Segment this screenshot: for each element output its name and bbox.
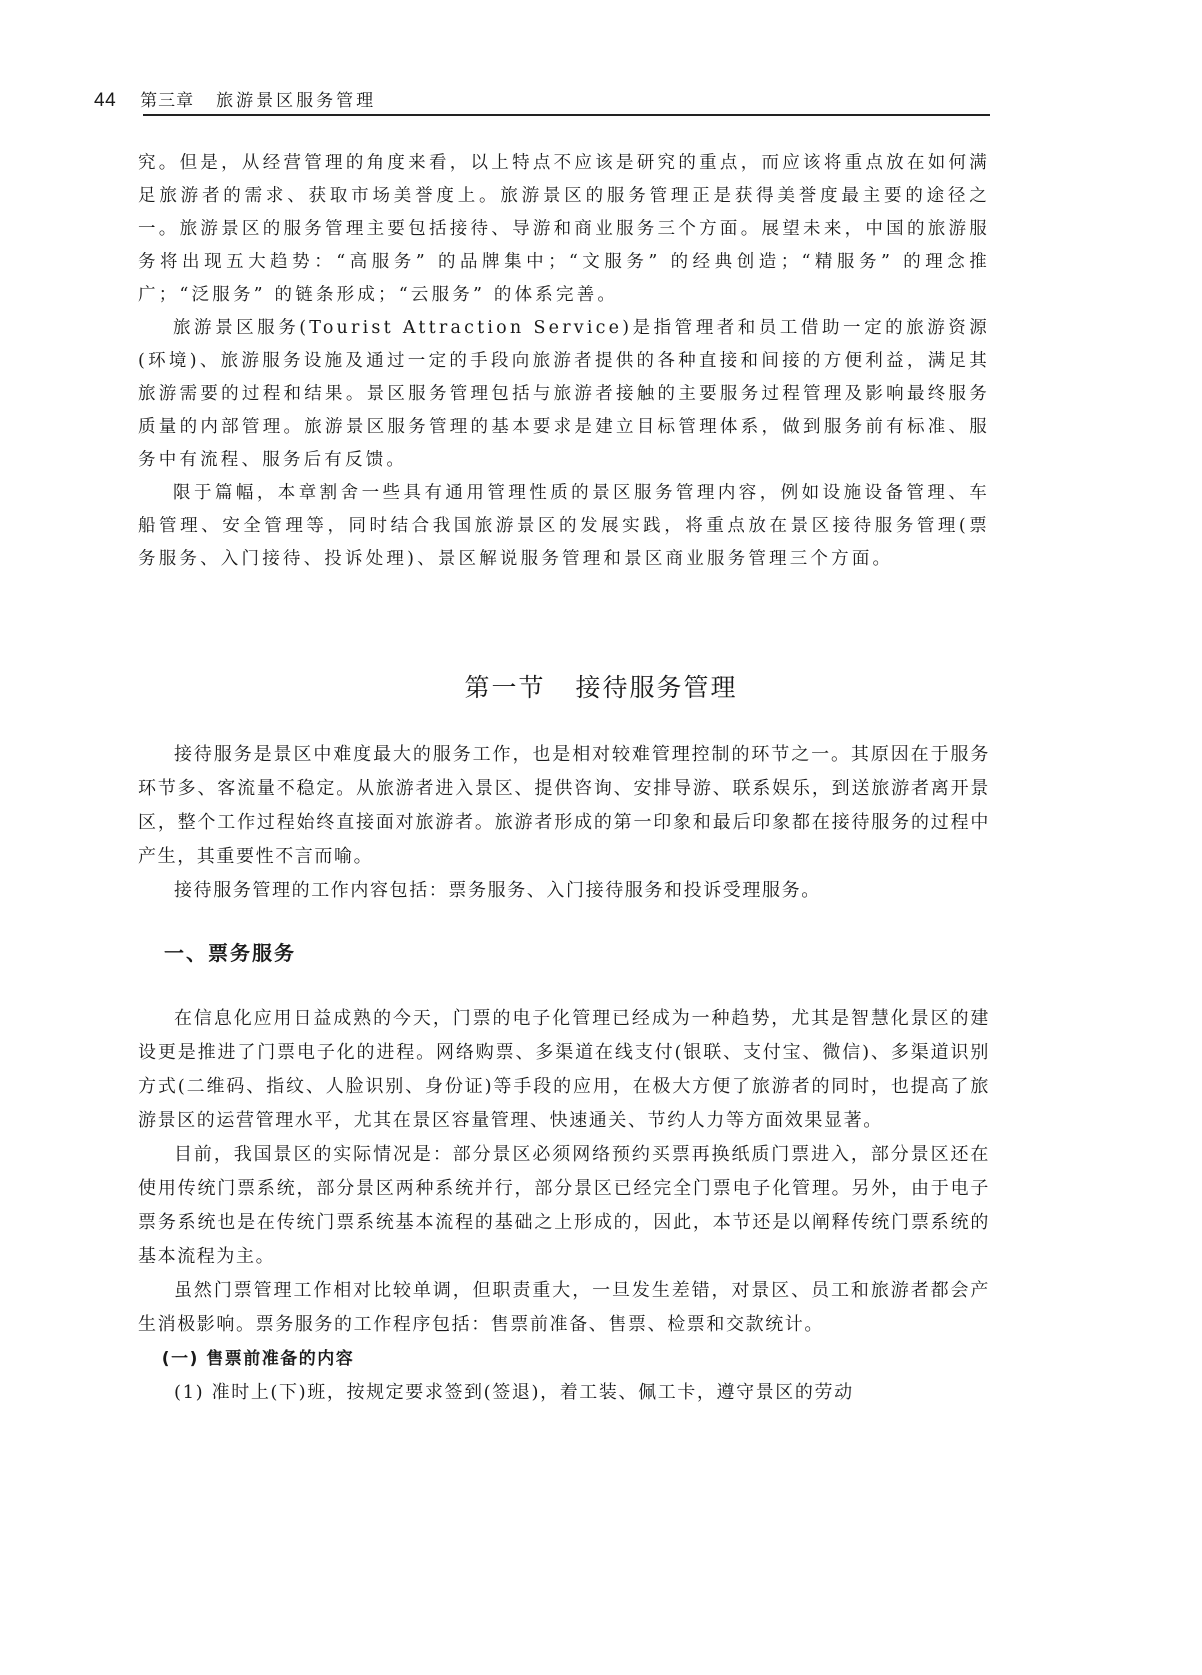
section-paragraph: 接待服务管理的工作内容包括：票务服务、入门接待服务和投诉受理服务。 xyxy=(138,874,990,908)
section-title: 接待服务管理 xyxy=(576,673,738,702)
running-header: 44 第三章 旅游景区服务管理 xyxy=(94,86,990,116)
intro-paragraph: 限于篇幅，本章割舍一些具有通用管理性质的景区服务管理内容，例如设施设备管理、车船… xyxy=(138,477,990,576)
subsection-heading: 一、票务服务 xyxy=(164,937,296,966)
section-text-block: 接待服务是景区中难度最大的服务工作，也是相对较难管理控制的环节之一。其原因在于服… xyxy=(138,738,990,908)
section-paragraph: 接待服务是景区中难度最大的服务工作，也是相对较难管理控制的环节之一。其原因在于服… xyxy=(138,738,990,874)
document-page: 44 第三章 旅游景区服务管理 究。但是，从经营管理的角度来看，以上特点不应该是… xyxy=(0,0,1202,1675)
header-rule-divider xyxy=(143,114,990,116)
subsection-paragraph: 在信息化应用日益成熟的今天，门票的电子化管理已经成为一种趋势，尤其是智慧化景区的… xyxy=(138,1002,990,1138)
intro-text-block: 究。但是，从经营管理的角度来看，以上特点不应该是研究的重点，而应该将重点放在如何… xyxy=(138,147,990,576)
intro-paragraph: 究。但是，从经营管理的角度来看，以上特点不应该是研究的重点，而应该将重点放在如何… xyxy=(138,147,990,312)
minor-heading: (一) 售票前准备的内容 xyxy=(138,1342,990,1376)
intro-paragraph: 旅游景区服务(Tourist Attraction Service)是指管理者和… xyxy=(138,312,990,477)
chapter-number: 第三章 xyxy=(140,86,194,111)
subsection-text-block: 在信息化应用日益成熟的今天，门票的电子化管理已经成为一种趋势，尤其是智慧化景区的… xyxy=(138,1002,990,1410)
page-number: 44 xyxy=(94,90,116,112)
section-number: 第一节 xyxy=(464,673,545,702)
chapter-title: 旅游景区服务管理 xyxy=(216,86,376,111)
list-item: (1) 准时上(下)班，按规定要求签到(签退)，着工装、佩工卡，遵守景区的劳动 xyxy=(138,1376,990,1410)
section-heading: 第一节接待服务管理 xyxy=(0,668,1202,704)
subsection-paragraph: 虽然门票管理工作相对比较单调，但职责重大，一旦发生差错，对景区、员工和旅游者都会… xyxy=(138,1274,990,1342)
subsection-paragraph: 目前，我国景区的实际情况是：部分景区必须网络预约买票再换纸质门票进入，部分景区还… xyxy=(138,1138,990,1274)
